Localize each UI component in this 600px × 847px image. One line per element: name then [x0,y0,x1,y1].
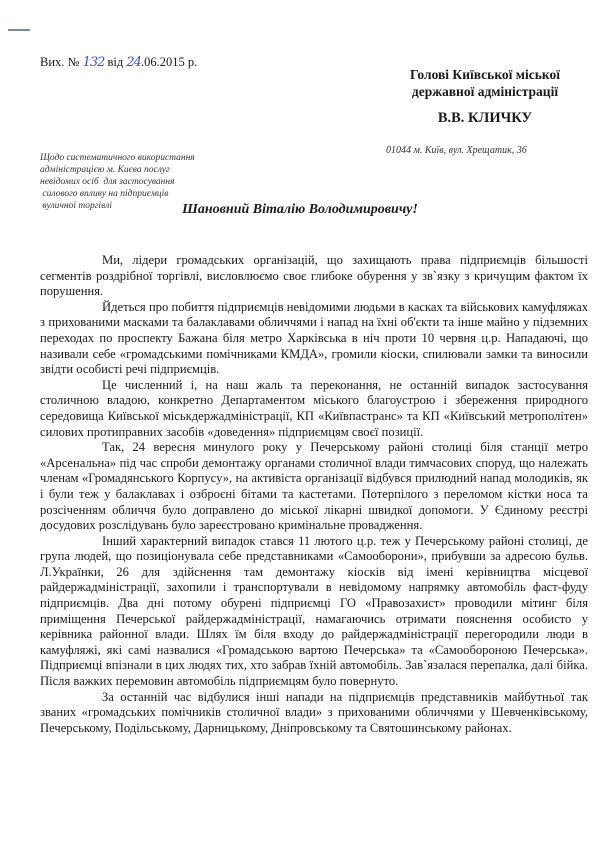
ref-day-handwritten: 24 [126,55,141,70]
addressee-address: 01044 м. Київ, вул. Хрещатик, 36 [386,145,586,156]
ref-number-handwritten: 132 [83,55,105,70]
subject-line: адміністрацією м. Києва послуг [40,164,240,176]
body-paragraph: Це численний і, на наш жаль та переконан… [40,378,588,440]
ref-date-rest: .06.2015 р. [141,55,197,69]
addressee-title: Голові Київської міської державної адмін… [380,66,590,100]
addressee-line-1: Голові Київської міської [380,66,590,83]
ref-date-word: від [108,55,124,69]
addressee-line-2: державної адміністрації [380,83,590,100]
greeting: Шановний Віталію Володимировичу! [0,202,600,218]
body-paragraph: Так, 24 вересня минулого року у Печерськ… [40,440,588,534]
scan-mark [8,29,30,31]
body-paragraph: Ми, лідери громадських організацій, що з… [40,253,588,300]
ref-prefix: Вих. № [40,55,79,69]
outgoing-reference: Вих. № 132 від 24.06.2015 р. [40,55,197,70]
addressee-name: В.В. КЛИЧКУ [380,110,590,127]
body-paragraph: Йдеться про побиття підприємців невідоми… [40,300,588,378]
subject-line: невідомих осіб для застосування [40,176,240,188]
body-paragraph: За останній час відбулися інші напади на… [40,690,588,737]
subject-line: Щодо систематичного використання [40,152,240,164]
letter-body: Ми, лідери громадських організацій, що з… [40,253,588,736]
body-paragraph: Інший характерний випадок стався 11 люто… [40,534,588,690]
subject-line: силового впливу на підприємців [40,188,240,200]
